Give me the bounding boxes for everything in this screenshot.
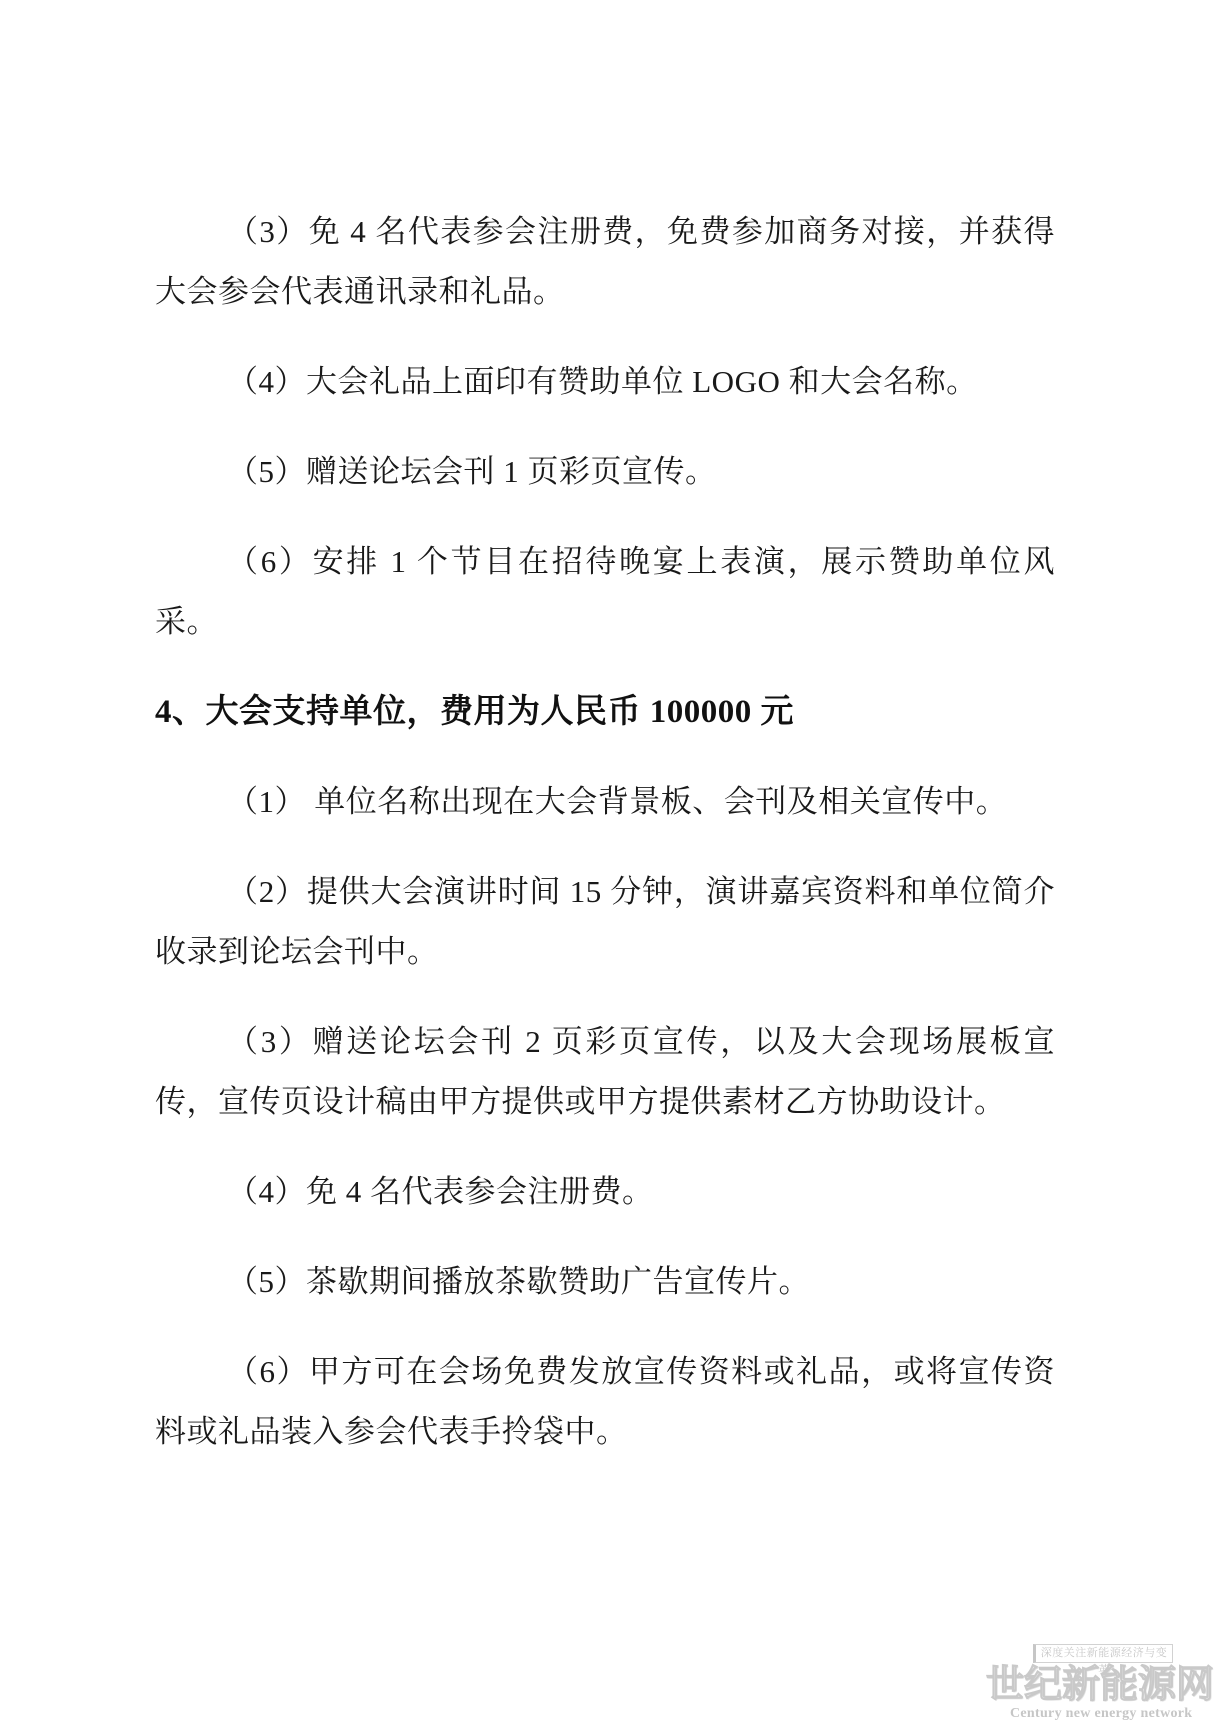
paragraph-4-gift-logo: （4）大会礼品上面印有赞助单位 LOGO 和大会名称。 — [155, 352, 1055, 412]
paragraph-6-banquet-show: （6）安排 1 个节目在招待晚宴上表演，展示赞助单位风采。 — [155, 532, 1055, 652]
watermark-site-name: 世纪新能源网 — [986, 1663, 1212, 1707]
paragraph-5-journal-page: （5）赠送论坛会刊 1 页彩页宣传。 — [155, 442, 1055, 502]
paragraph-5-tea-break-ad: （5）茶歇期间播放茶歇赞助广告宣传片。 — [155, 1252, 1055, 1312]
paragraph-3-benefit-registration: （3）免 4 名代表参会注册费，免费参加商务对接，并获得大会参会代表通讯录和礼品… — [155, 202, 1055, 322]
paragraph-1-name-display: （1） 单位名称出现在大会背景板、会刊及相关宣传中。 — [155, 772, 1055, 832]
watermark-slogan-badge: 深度关注新能源经济与变革 — [1033, 1644, 1173, 1663]
document-page: （3）免 4 名代表参会注册费，免费参加商务对接，并获得大会参会代表通讯录和礼品… — [0, 0, 1220, 1725]
paragraph-3-journal-pages: （3）赠送论坛会刊 2 页彩页宣传，以及大会现场展板宣传，宣传页设计稿由甲方提供… — [155, 1012, 1055, 1132]
section-heading-supporter: 4、大会支持单位，费用为人民币 100000 元 — [155, 682, 1055, 742]
document-body: （3）免 4 名代表参会注册费，免费参加商务对接，并获得大会参会代表通讯录和礼品… — [155, 202, 1055, 1492]
paragraph-4-free-registration: （4）免 4 名代表参会注册费。 — [155, 1162, 1055, 1222]
paragraph-2-speech-time: （2）提供大会演讲时间 15 分钟，演讲嘉宾资料和单位简介收录到论坛会刊中。 — [155, 862, 1055, 982]
watermark-site-name-en: Century new energy network — [1010, 1705, 1190, 1722]
paragraph-6-promo-materials: （6）甲方可在会场免费发放宣传资料或礼品，或将宣传资料或礼品装入参会代表手拎袋中… — [155, 1342, 1055, 1462]
